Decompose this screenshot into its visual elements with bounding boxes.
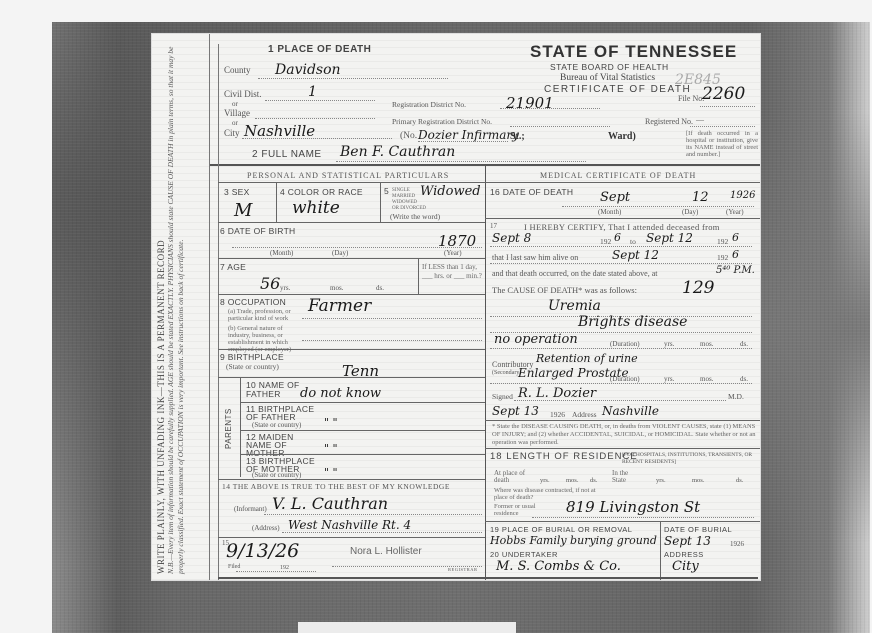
cause-code: 129 [682, 278, 714, 298]
date-of-death-label: 16 DATE OF DEATH [490, 187, 573, 197]
bureau-title: Bureau of Vital Statistics [560, 73, 655, 83]
cause-line-2: Brights disease [578, 314, 687, 330]
birthplace-label: 9 BIRTHPLACE [220, 352, 284, 362]
death-time-value: 5⁴⁰ P.M. [716, 265, 755, 276]
burial-date-value: Sept 13 [664, 534, 711, 548]
village-label: Village [224, 108, 250, 118]
civil-district-value: 1 [308, 84, 317, 100]
last-saw-value: Sept 12 [612, 248, 659, 262]
signed-date-value: Sept 13 [492, 404, 539, 418]
sex-label: 3 SEX [224, 187, 250, 197]
father-birthplace-value: " " [324, 416, 338, 429]
file-label: File No. [678, 94, 704, 103]
margin-nb: N.B.—Every item of information should be… [166, 44, 186, 574]
marital-value: Widowed [420, 184, 481, 199]
file-value: 2260 [702, 84, 745, 104]
registration-district-value: 21901 [506, 94, 554, 112]
physician-signature: R. L. Dozier [518, 386, 596, 401]
state-title: STATE OF TENNESSEE [530, 42, 737, 62]
occupation-value: Farmer [308, 296, 371, 316]
death-month-value: Sept [600, 190, 630, 205]
race-label: 4 COLOR OR RACE [280, 187, 363, 197]
personal-section-title: PERSONAL AND STATISTICAL PARTICULARS [247, 171, 449, 180]
parents-label: PARENTS [224, 408, 233, 449]
margin-instructions: WRITE PLAINLY, WITH UNFADING INK—THIS IS… [152, 34, 210, 580]
certificate-title: CERTIFICATE OF DEATH [544, 84, 691, 95]
paper-slip [298, 622, 516, 633]
age-value: 56 [260, 274, 280, 293]
registrar-stamp: Nora L. Hollister [350, 546, 422, 557]
cause-line-3: no operation [494, 332, 578, 347]
county-value: Davidson [275, 62, 341, 78]
full-name-value: Ben F. Cauthran [340, 144, 455, 160]
cause-footnote: * State the DISEASE CAUSING DEATH, or, i… [492, 423, 756, 447]
age-less-label: If LESS than 1 day, ___ hrs. or ___ min.… [422, 263, 484, 281]
dob-year-value: 1870 [438, 232, 476, 250]
cause-label: The CAUSE OF DEATH* was as follows: [492, 285, 637, 295]
age-label: 7 AGE [220, 262, 246, 272]
registration-district-label: Registration District No. [392, 100, 466, 109]
county-label: County [224, 65, 251, 75]
informant-value: V. L. Cauthran [272, 494, 388, 513]
street-value: Dozier Infirmary [418, 128, 519, 142]
undertaker-address-label: ADDRESS [664, 550, 704, 559]
death-day-value: 12 [692, 190, 709, 205]
board-title: STATE BOARD OF HEALTH [550, 62, 669, 72]
attended-from-value: Sept 8 [492, 231, 531, 245]
father-name-value: do not know [300, 386, 381, 401]
margin-heading: WRITE PLAINLY, WITH UNFADING INK—THIS IS… [156, 44, 166, 574]
registered-label: Registered No. [645, 117, 693, 126]
informant-address-value: West Nashville Rt. 4 [288, 518, 411, 532]
contributory-line-1: Retention of urine [536, 352, 638, 365]
attended-to-value: Sept 12 [646, 231, 693, 245]
race-value: white [292, 198, 340, 218]
place-of-death-label: 1 PLACE OF DEATH [268, 44, 371, 55]
cause-line-1: Uremia [548, 298, 601, 314]
burial-place-label: 19 PLACE OF BURIAL OR REMOVAL [490, 525, 632, 534]
burial-place-value: Hobbs Family burying ground [490, 534, 657, 547]
death-certificate: WRITE PLAINLY, WITH UNFADING INK—THIS IS… [152, 34, 760, 580]
former-residence-value: 819 Livingston St [566, 498, 700, 516]
hospital-note: [If death occurred in a hospital or inst… [686, 130, 758, 158]
father-name-label: 10 NAME OF FATHER [246, 381, 306, 399]
mother-birthplace-value: " " [324, 466, 338, 479]
civil-district-label: Civil Dist. [224, 89, 262, 99]
death-year-value: 1926 [730, 190, 755, 201]
certificate-header: 1 PLACE OF DEATH STATE OF TENNESSEE STAT… [210, 34, 760, 164]
physician-address-value: Nashville [602, 404, 659, 418]
burial-date-label: DATE OF BURIAL [664, 525, 732, 534]
filed-date-value: 9/13/26 [226, 540, 299, 562]
undertaker-label: 20 UNDERTAKER [490, 550, 558, 559]
occupation-label: 8 OCCUPATION [220, 297, 286, 307]
full-name-label: 2 FULL NAME [252, 149, 322, 160]
undertaker-value: M. S. Combs & Co. [496, 559, 621, 574]
city-label: City [224, 128, 240, 138]
father-birthplace-label: 11 BIRTHPLACE OF FATHER [246, 405, 318, 421]
residence-label: 18 LENGTH OF RESIDENCE [490, 451, 638, 462]
dob-label: 6 DATE OF BIRTH [220, 226, 296, 236]
sex-value: M [234, 200, 252, 221]
undertaker-address-value: City [672, 559, 699, 574]
medical-section-title: MEDICAL CERTIFICATE OF DEATH [540, 171, 696, 180]
city-value: Nashville [244, 122, 315, 140]
primary-district-label: Primary Registration District No. [392, 117, 492, 126]
informant-heading: 14 THE ABOVE IS TRUE TO THE BEST OF MY K… [222, 482, 450, 491]
